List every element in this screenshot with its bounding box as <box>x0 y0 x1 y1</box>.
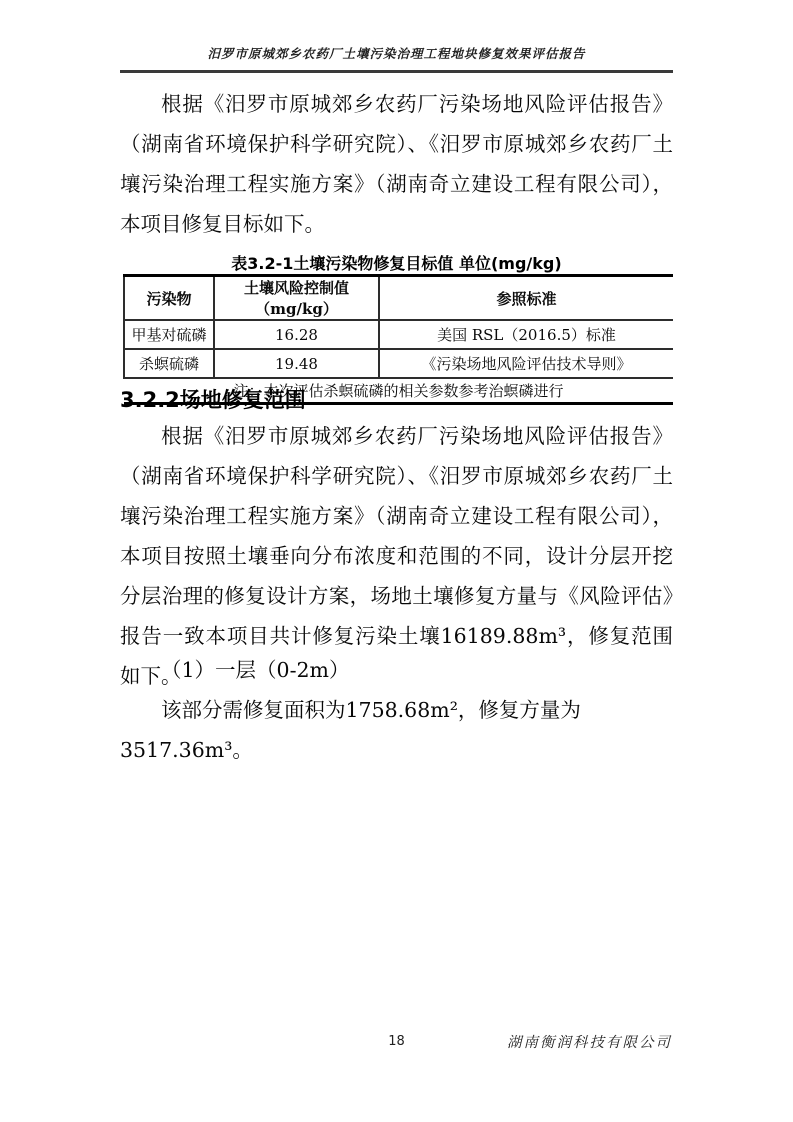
table-caption: 表3.2-1土壤污染物修复目标值 单位(mg/kg) <box>120 251 673 274</box>
list-item-layer-one: （1）一层（0-2m） <box>120 650 673 690</box>
cell-pollutant: 杀螟硫磷 <box>124 349 214 378</box>
cell-reference-standard: 《污染场地风险评估技术导则》 <box>379 349 673 378</box>
table-row: 甲基对硫磷 16.28 美国 RSL（2016.5）标准 <box>124 320 673 349</box>
footer-company-name: 湖南衡润科技有限公司 <box>507 1031 672 1052</box>
table-header-pollutant: 污染物 <box>124 276 214 321</box>
table-header-risk-control-value: 土壤风险控制值（mg/kg） <box>214 276 379 321</box>
page-number: 18 <box>0 1034 793 1049</box>
cell-risk-control-value: 19.48 <box>214 349 379 378</box>
document-page: 汨罗市原城郊乡农药厂土壤污染治理工程地块修复效果评估报告 根据《汨罗市原城郊乡农… <box>0 0 793 1122</box>
paragraph-intro: 根据《汨罗市原城郊乡农药厂污染场地风险评估报告》（湖南省环境保护科学研究院）、《… <box>120 84 673 244</box>
cell-risk-control-value: 16.28 <box>214 320 379 349</box>
section-heading: 3.2.2场地修复范围 <box>120 384 673 414</box>
table-row: 杀螟硫磷 19.48 《污染场地风险评估技术导则》 <box>124 349 673 378</box>
cell-reference-standard: 美国 RSL（2016.5）标准 <box>379 320 673 349</box>
header-divider <box>120 70 673 73</box>
running-header-title: 汨罗市原城郊乡农药厂土壤污染治理工程地块修复效果评估报告 <box>0 44 793 62</box>
cell-pollutant: 甲基对硫磷 <box>124 320 214 349</box>
paragraph-layer-one-detail: 该部分需修复面积为1758.68m²，修复方量为3517.36m³。 <box>120 690 673 770</box>
table-header-row: 污染物 土壤风险控制值（mg/kg） 参照标准 <box>124 276 673 321</box>
table-header-reference-standard: 参照标准 <box>379 276 673 321</box>
